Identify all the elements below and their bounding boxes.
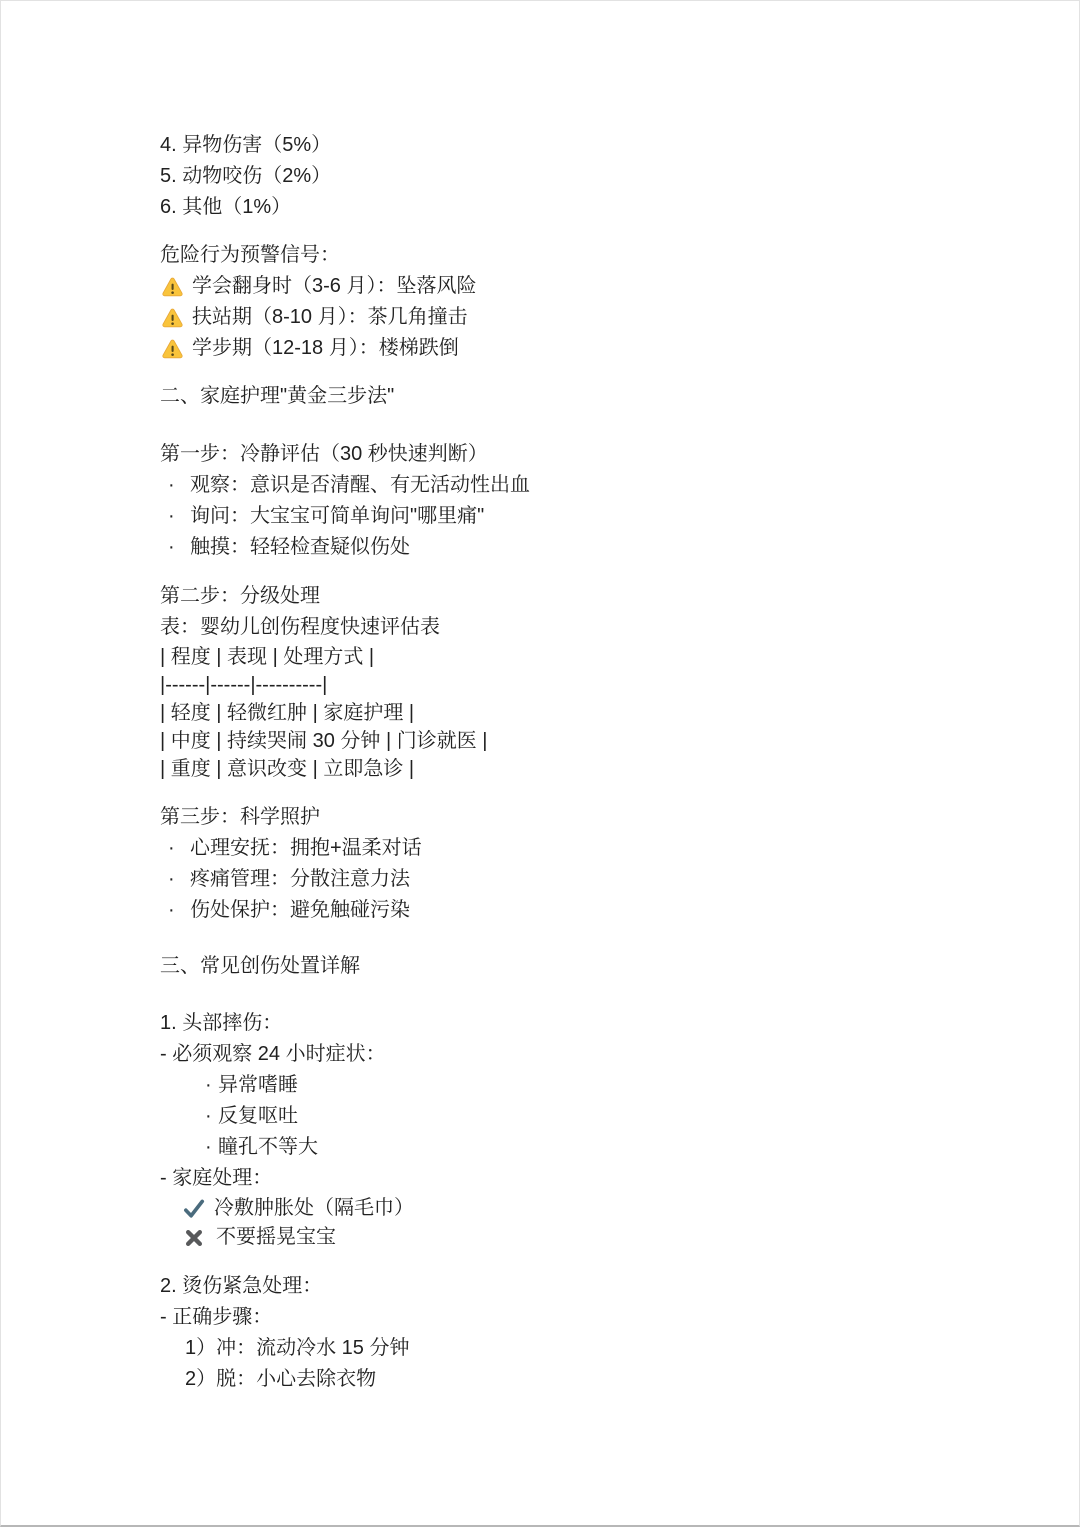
step-1-section: 第一步：冷静评估（30 秒快速判断）·观察：意识是否清醒、有无活动性出血·询问：…: [160, 439, 1019, 563]
section-heading-3: 三、常见创伤处置详解: [160, 951, 1019, 982]
bullet-item: ·观察：意识是否清醒、有无活动性出血: [160, 470, 1019, 501]
text-line: 4. 异物伤害（5%）: [160, 130, 1019, 161]
text-line: - 正确步骤：: [160, 1302, 1019, 1333]
line-text: 第三步：科学照护: [160, 802, 1019, 833]
warning-icon: [162, 277, 183, 297]
table-row-text: | 程度 | 表现 | 处理方式 |: [160, 643, 1019, 671]
do-item: 冷敷肿胀处（隔毛巾）: [160, 1194, 1019, 1223]
line-text: 三、常见创伤处置详解: [160, 951, 1019, 982]
section-heading-2: 二、家庭护理"黄金三步法": [160, 381, 1019, 412]
line-text: 第二步：分级处理: [160, 581, 1019, 612]
text-line: 1. 头部摔伤：: [160, 1008, 1019, 1039]
bullet-item: ·询问：大宝宝可简单询问"哪里痛": [160, 501, 1019, 532]
line-text: 5. 动物咬伤（2%）: [160, 161, 1019, 192]
text-line: 6. 其他（1%）: [160, 192, 1019, 223]
text-line: 二、家庭护理"黄金三步法": [160, 381, 1019, 412]
line-text: - 家庭处理：: [160, 1163, 1019, 1194]
line-text: 异常嗜睡: [218, 1070, 1019, 1101]
warning-icon: [162, 308, 183, 328]
bullet-dot-icon: ·: [168, 470, 190, 501]
danger-signal-section: 危险行为预警信号：学会翻身时（3-6 月）：坠落风险扶站期（8-10 月）：茶几…: [160, 240, 1019, 364]
table-row-text: | 轻度 | 轻微红肿 | 家庭护理 |: [160, 699, 1019, 727]
bullet-dot-icon: ·: [168, 895, 190, 926]
warning-icon: [162, 339, 183, 359]
line-text: 扶站期（8-10 月）：茶几角撞击: [192, 302, 1019, 333]
line-text: 表：婴幼儿创伤程度快速评估表: [160, 612, 1019, 643]
line-text: 第一步：冷静评估（30 秒快速判断）: [160, 439, 1019, 470]
text-line: 第二步：分级处理: [160, 581, 1019, 612]
line-text: 询问：大宝宝可简单询问"哪里痛": [190, 501, 1019, 532]
bullet-dot-icon: ·: [168, 501, 190, 532]
text-line: 表：婴幼儿创伤程度快速评估表: [160, 612, 1019, 643]
table-row-text: | 重度 | 意识改变 | 立即急诊 |: [160, 755, 1019, 783]
bullet-item: ·疼痛管理：分散注意力法: [160, 864, 1019, 895]
line-text: 4. 异物伤害（5%）: [160, 130, 1019, 161]
sub-bullet-item: ·异常嗜睡: [160, 1070, 1019, 1101]
line-text: | 轻度 | 轻微红肿 | 家庭护理 |: [160, 699, 1019, 727]
line-text: 6. 其他（1%）: [160, 192, 1019, 223]
line-text: |------|------|----------|: [160, 671, 1019, 699]
line-text: 反复呕吐: [218, 1101, 1019, 1132]
line-text: 危险行为预警信号：: [160, 240, 1019, 271]
line-text: 1. 头部摔伤：: [160, 1008, 1019, 1039]
line-text: 观察：意识是否清醒、有无活动性出血: [190, 470, 1019, 501]
line-text: 疼痛管理：分散注意力法: [190, 864, 1019, 895]
injury-type-list: 4. 异物伤害（5%）5. 动物咬伤（2%）6. 其他（1%）: [160, 130, 1019, 223]
numbered-step: 2）脱：小心去除衣物: [160, 1364, 1019, 1395]
text-line: - 家庭处理：: [160, 1163, 1019, 1194]
line-text: 1）冲：流动冷水 15 分钟: [185, 1333, 1019, 1364]
line-text: 心理安抚：拥抱+温柔对话: [190, 833, 1019, 864]
bullet-dot-icon: ·: [168, 864, 190, 895]
sub-bullet-item: ·瞳孔不等大: [160, 1132, 1019, 1163]
line-text: 不要摇晃宝宝: [216, 1223, 1019, 1252]
line-text: 2）脱：小心去除衣物: [185, 1364, 1019, 1395]
line-text: - 正确步骤：: [160, 1302, 1019, 1333]
line-text: 触摸：轻轻检查疑似伤处: [190, 532, 1019, 563]
line-text: | 程度 | 表现 | 处理方式 |: [160, 643, 1019, 671]
line-text: 二、家庭护理"黄金三步法": [160, 381, 1019, 412]
table-row-text: | 中度 | 持续哭闹 30 分钟 | 门诊就医 |: [160, 727, 1019, 755]
text-line: 第三步：科学照护: [160, 802, 1019, 833]
line-text: 2. 烫伤紧急处理：: [160, 1271, 1019, 1302]
bullet-item: ·心理安抚：拥抱+温柔对话: [160, 833, 1019, 864]
bullet-item: ·伤处保护：避免触碰污染: [160, 895, 1019, 926]
step-2-section: 第二步：分级处理表：婴幼儿创伤程度快速评估表| 程度 | 表现 | 处理方式 |…: [160, 581, 1019, 783]
warning-item: 学会翻身时（3-6 月）：坠落风险: [160, 271, 1019, 302]
text-line: 第一步：冷静评估（30 秒快速判断）: [160, 439, 1019, 470]
step-3-section: 第三步：科学照护·心理安抚：拥抱+温柔对话·疼痛管理：分散注意力法·伤处保护：避…: [160, 802, 1019, 926]
bullet-dot-icon: ·: [205, 1070, 218, 1101]
warning-item: 学步期（12-18 月）：楼梯跌倒: [160, 333, 1019, 364]
text-line: - 必须观察 24 小时症状：: [160, 1039, 1019, 1070]
line-text: | 中度 | 持续哭闹 30 分钟 | 门诊就医 |: [160, 727, 1019, 755]
line-text: 瞳孔不等大: [218, 1132, 1019, 1163]
document-content: 4. 异物伤害（5%）5. 动物咬伤（2%）6. 其他（1%）危险行为预警信号：…: [1, 1, 1079, 1395]
bullet-dot-icon: ·: [168, 833, 190, 864]
line-text: 学会翻身时（3-6 月）：坠落风险: [192, 271, 1019, 302]
text-line: 5. 动物咬伤（2%）: [160, 161, 1019, 192]
line-text: | 重度 | 意识改变 | 立即急诊 |: [160, 755, 1019, 783]
head-injury-section: 1. 头部摔伤：- 必须观察 24 小时症状：·异常嗜睡·反复呕吐·瞳孔不等大-…: [160, 1008, 1019, 1252]
line-text: 冷敷肿胀处（隔毛巾）: [214, 1194, 1019, 1223]
line-text: - 必须观察 24 小时症状：: [160, 1039, 1019, 1070]
burn-injury-section: 2. 烫伤紧急处理：- 正确步骤：1）冲：流动冷水 15 分钟2）脱：小心去除衣…: [160, 1271, 1019, 1395]
document-page: 4. 异物伤害（5%）5. 动物咬伤（2%）6. 其他（1%）危险行为预警信号：…: [0, 0, 1080, 1527]
check-icon: [182, 1197, 206, 1220]
text-line: 三、常见创伤处置详解: [160, 951, 1019, 982]
dont-item: 不要摇晃宝宝: [160, 1223, 1019, 1252]
table-row-text: |------|------|----------|: [160, 671, 1019, 699]
warning-item: 扶站期（8-10 月）：茶几角撞击: [160, 302, 1019, 333]
bullet-dot-icon: ·: [168, 532, 190, 563]
numbered-step: 1）冲：流动冷水 15 分钟: [160, 1333, 1019, 1364]
sub-bullet-item: ·反复呕吐: [160, 1101, 1019, 1132]
text-line: 2. 烫伤紧急处理：: [160, 1271, 1019, 1302]
line-text: 学步期（12-18 月）：楼梯跌倒: [192, 333, 1019, 364]
text-line: 危险行为预警信号：: [160, 240, 1019, 271]
line-text: 伤处保护：避免触碰污染: [190, 895, 1019, 926]
bullet-item: ·触摸：轻轻检查疑似伤处: [160, 532, 1019, 563]
bullet-dot-icon: ·: [205, 1101, 218, 1132]
cross-icon: [184, 1228, 204, 1248]
bullet-dot-icon: ·: [205, 1132, 218, 1163]
